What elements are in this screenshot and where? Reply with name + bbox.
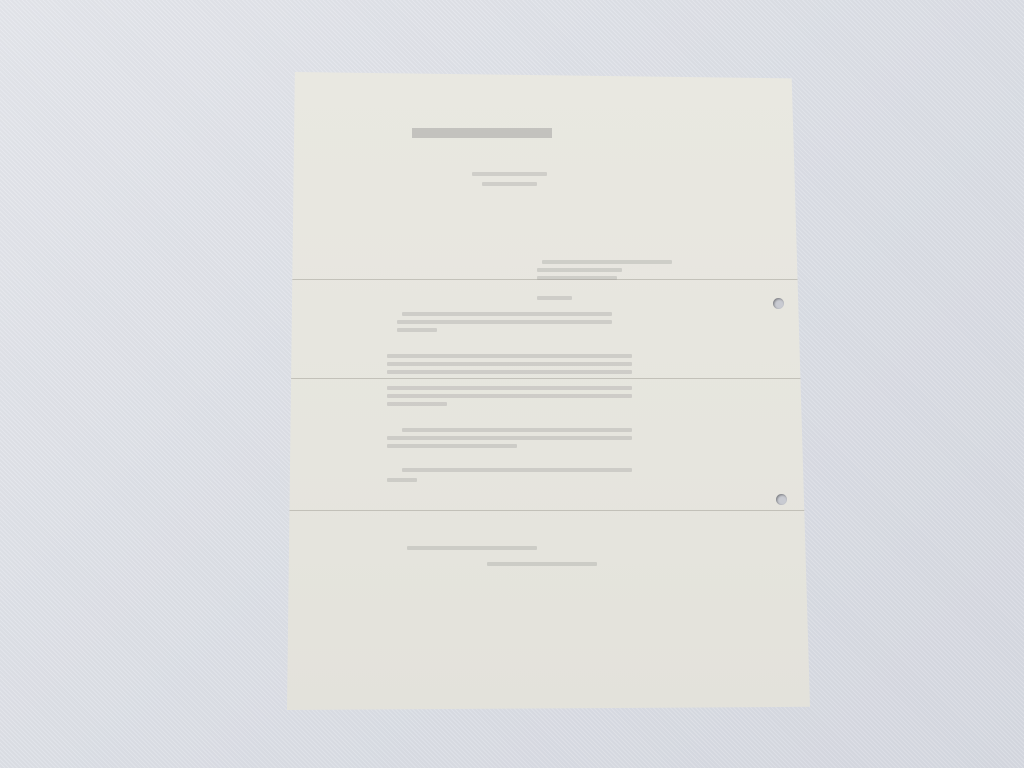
- body-line: [402, 312, 612, 316]
- fold-line: [287, 279, 810, 280]
- closing-line: [402, 468, 632, 472]
- letterhead-title: [412, 128, 552, 138]
- letterhead-address: [482, 182, 537, 186]
- body-line: [387, 436, 632, 440]
- body-line: [397, 320, 612, 324]
- punch-hole: [773, 298, 784, 309]
- document-sheet: [287, 72, 810, 710]
- recipient-line: [537, 268, 622, 272]
- body-line: [402, 428, 632, 432]
- signature-line: [407, 546, 537, 550]
- fold-line: [287, 378, 810, 379]
- body-line: [387, 444, 517, 448]
- body-line: [387, 386, 632, 390]
- body-line: [387, 370, 632, 374]
- letterhead-address: [472, 172, 547, 176]
- recipient-line: [542, 260, 672, 264]
- closing-line: [387, 478, 417, 482]
- fold-line: [287, 510, 810, 511]
- body-line: [387, 394, 632, 398]
- body-line: [387, 354, 632, 358]
- body-line: [387, 362, 632, 366]
- body-line: [397, 328, 437, 332]
- signature-line: [487, 562, 597, 566]
- body-line: [387, 402, 447, 406]
- punch-hole: [776, 494, 787, 505]
- salutation-line: [537, 296, 572, 300]
